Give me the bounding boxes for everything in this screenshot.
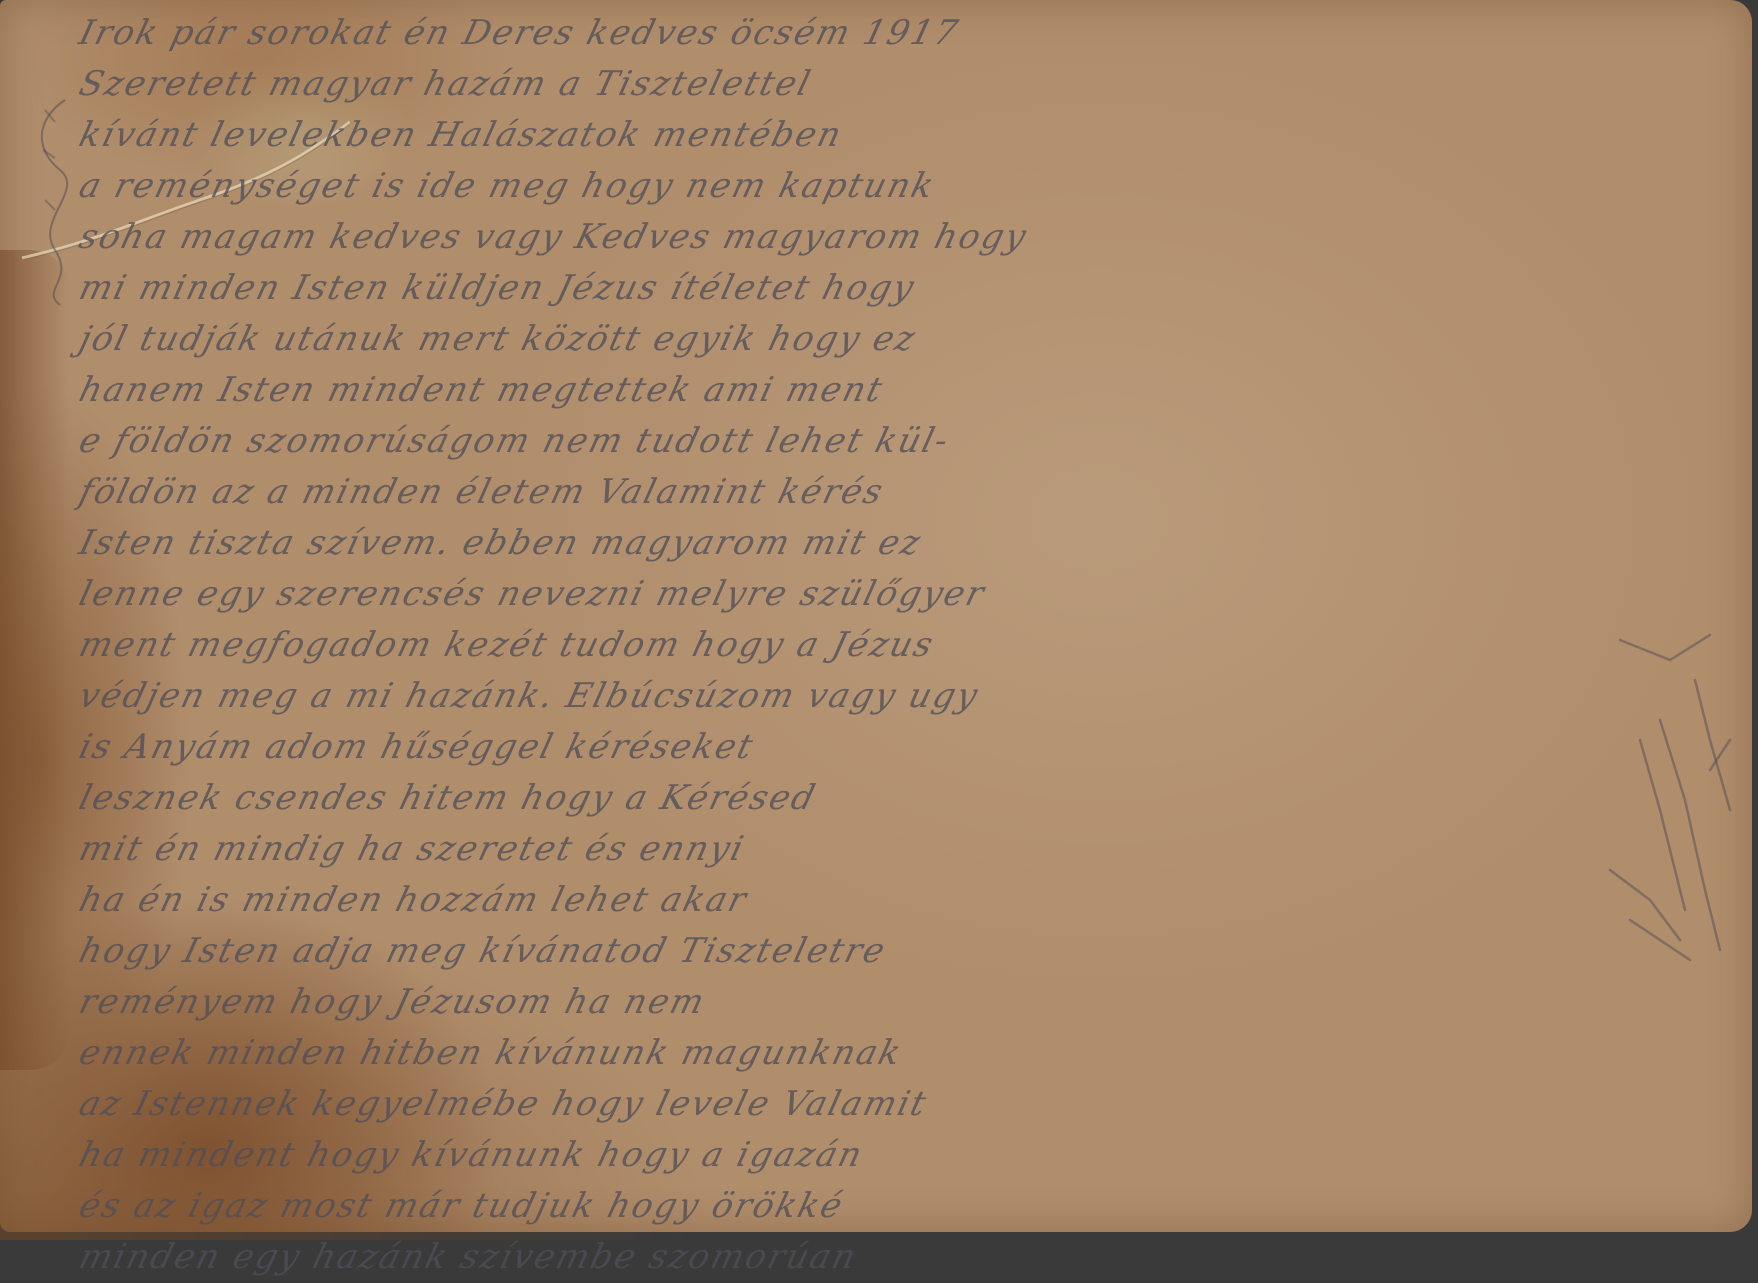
text-line: ment megfogadom kezét tudom hogy a Jézus: [74, 620, 1727, 671]
text-line: kívánt levelekben Halászatok mentében: [74, 110, 1727, 161]
text-line: is Anyám adom hűséggel kéréseket: [74, 722, 1727, 773]
text-line: és az igaz most már tudjuk hogy örökké: [74, 1181, 1727, 1232]
text-line: Szeretett magyar hazám a Tisztelettel: [74, 59, 1727, 110]
text-line: lesznek csendes hitem hogy a Kérésed: [74, 773, 1727, 824]
handwritten-text: Irok pár sorokat én Deres kedves öcsém 1…: [80, 8, 1720, 1238]
text-line: reményem hogy Jézusom ha nem: [74, 977, 1727, 1028]
text-line: védjen meg a mi hazánk. Elbúcsúzom vagy …: [74, 671, 1727, 722]
text-line: mit én mindig ha szeretet és ennyi: [74, 824, 1727, 875]
text-line: ha én is minden hozzám lehet akar: [74, 875, 1727, 926]
text-line: mi minden Isten küldjen Jézus ítéletet h…: [74, 263, 1727, 314]
text-line: a reménységet is ide meg hogy nem kaptun…: [74, 161, 1727, 212]
text-line: ha mindent hogy kívánunk hogy a igazán: [74, 1130, 1727, 1181]
water-stain-left: [0, 250, 70, 1070]
text-line: lenne egy szerencsés nevezni melyre szül…: [74, 569, 1727, 620]
text-line: minden egy hazánk szívembe szomorúan: [74, 1232, 1727, 1238]
text-line: Isten tiszta szívem. ebben magyarom mit …: [74, 518, 1727, 569]
text-line: hogy Isten adja meg kívánatod Tiszteletr…: [74, 926, 1727, 977]
text-line: jól tudják utánuk mert között egyik hogy…: [74, 314, 1727, 365]
text-line: az Istennek kegyelmébe hogy levele Valam…: [74, 1079, 1727, 1130]
text-line: e földön szomorúságom nem tudott lehet k…: [74, 416, 1727, 467]
postcard: Irok pár sorokat én Deres kedves öcsém 1…: [0, 0, 1752, 1232]
text-line: soha magam kedves vagy Kedves magyarom h…: [74, 212, 1727, 263]
text-line: földön az a minden életem Valamint kérés: [74, 467, 1727, 518]
text-line: ennek minden hitben kívánunk magunknak: [74, 1028, 1727, 1079]
text-line: hanem Isten mindent megtettek ami ment: [74, 365, 1727, 416]
text-line: Irok pár sorokat én Deres kedves öcsém 1…: [74, 8, 1727, 59]
